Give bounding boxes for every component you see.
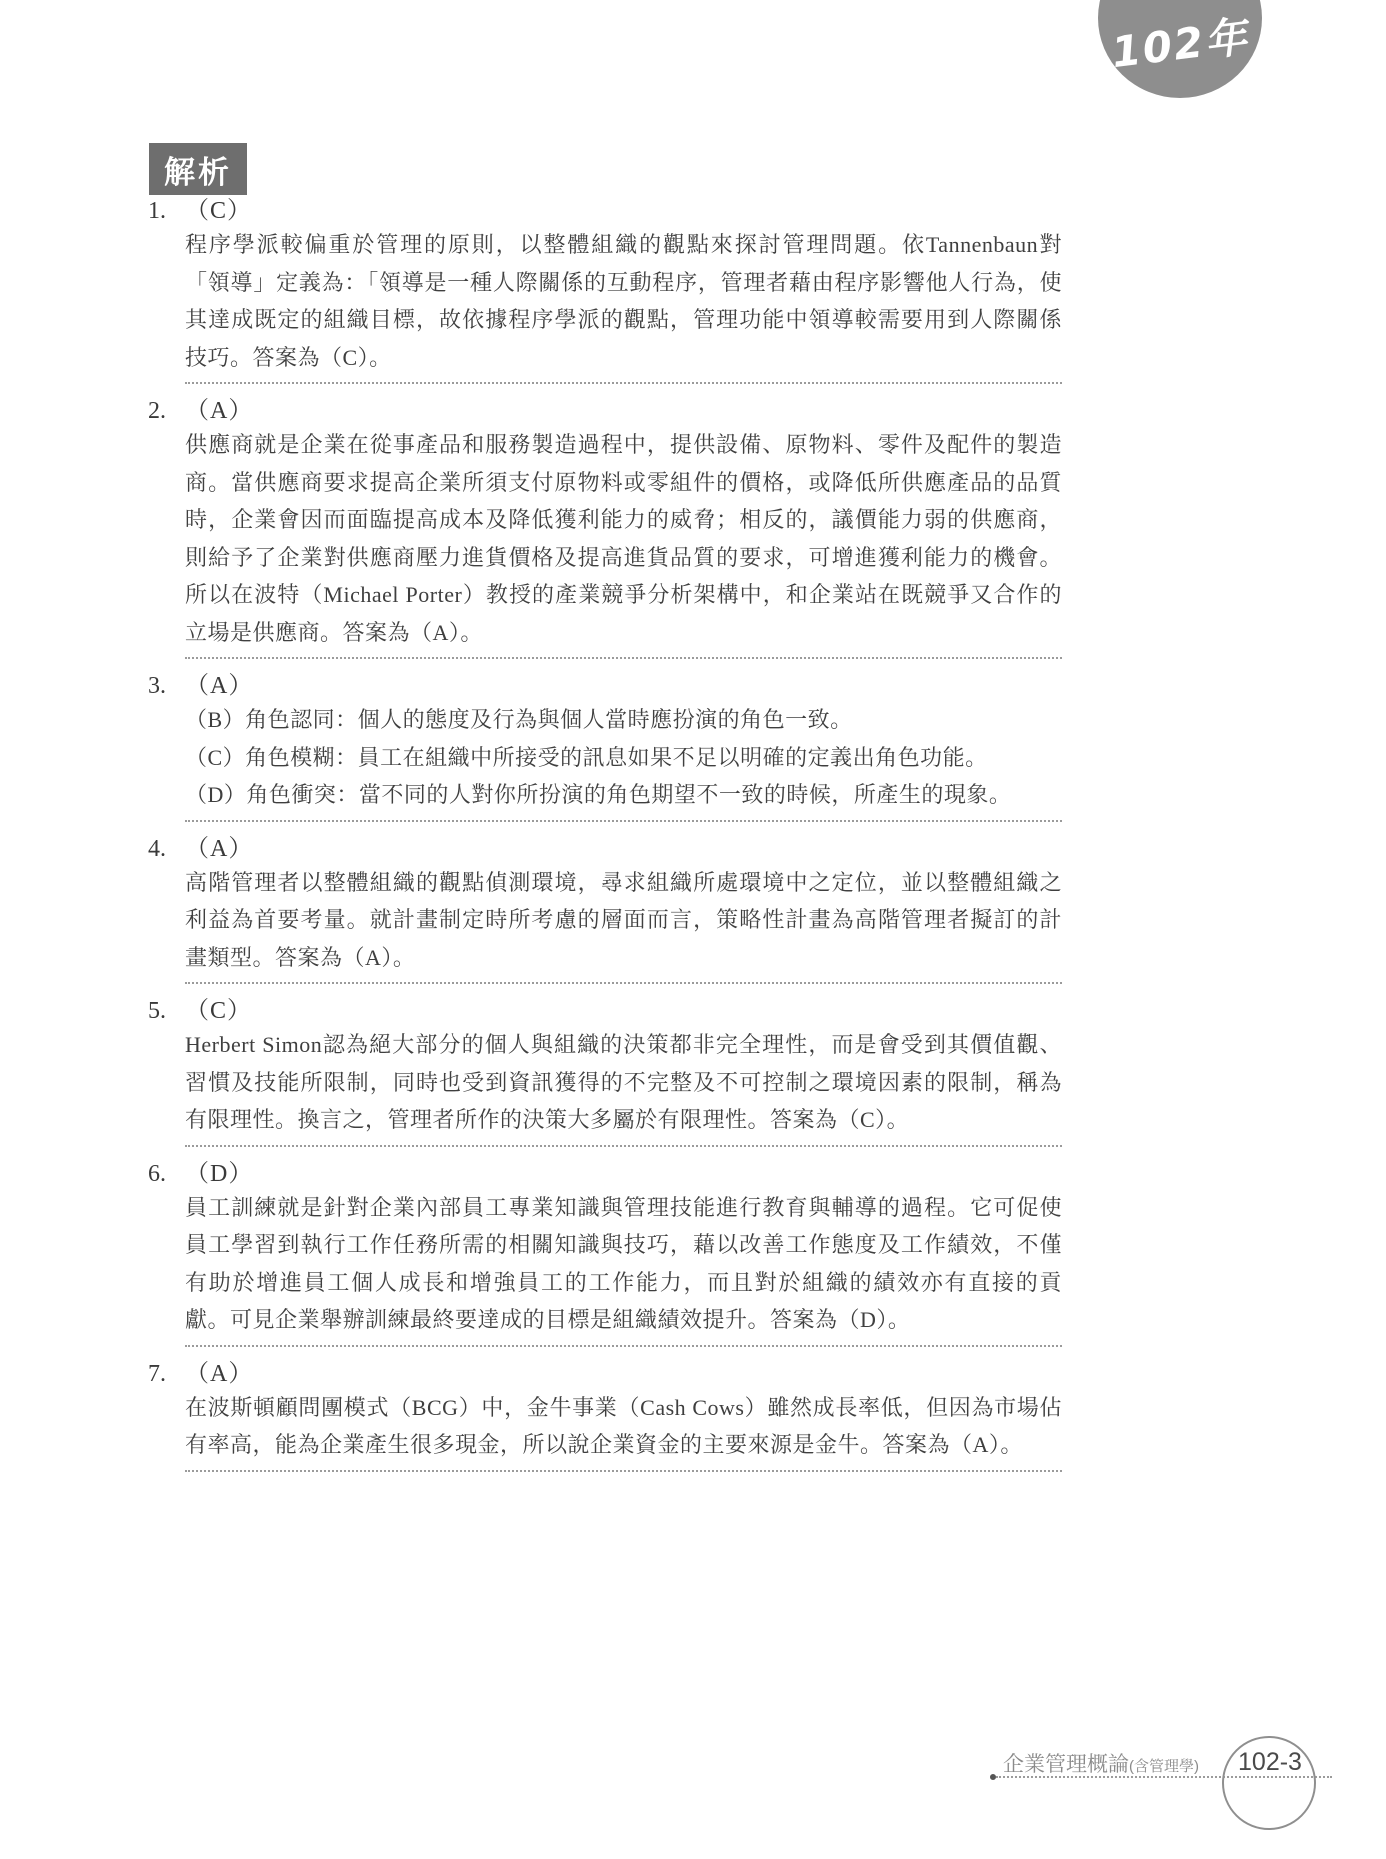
item-separator <box>185 1345 1062 1347</box>
analysis-header-label: 解析 <box>164 147 232 192</box>
item-separator <box>185 1145 1062 1147</box>
answer-label: （C） <box>185 196 1062 226</box>
footer-book-title-main: 企業管理概論 <box>1003 1753 1129 1776</box>
solution-item-1: 1. （C） 程序學派較偏重於管理的原則，以整體組織的觀點來探討管理問題。依Ta… <box>148 196 1062 396</box>
footer-book-title: 企業管理概論(含管理學) <box>1003 1748 1199 1778</box>
year-badge: 102年 <box>1098 0 1262 98</box>
item-number: 5. <box>148 996 185 1159</box>
item-content: （C） 程序學派較偏重於管理的原則，以整體組織的觀點來探討管理問題。依Tanne… <box>185 196 1062 396</box>
answer-label: （A） <box>185 834 1062 864</box>
footer-book-title-sub: (含管理學) <box>1129 1758 1199 1775</box>
solution-item-6: 6. （D） 員工訓練就是針對企業內部員工專業知識與管理技能進行教育與輔導的過程… <box>148 1159 1062 1359</box>
solution-item-3: 3. （A） （B）角色認同：個人的態度及行為與個人當時應扮演的角色一致。 （C… <box>148 671 1062 834</box>
item-number: 3. <box>148 671 185 834</box>
solutions-list: 1. （C） 程序學派較偏重於管理的原則，以整體組織的觀點來探討管理問題。依Ta… <box>148 196 1062 1484</box>
analysis-header: 解析 <box>149 143 247 195</box>
item-separator <box>185 820 1062 822</box>
item-number: 4. <box>148 834 185 997</box>
explanation-paragraph: 員工訓練就是針對企業內部員工專業知識與管理技能進行教育與輔導的過程。它可促使員工… <box>185 1189 1062 1339</box>
solution-item-7: 7. （A） 在波斯頓顧問團模式（BCG）中，金牛事業（Cash Cows）雖然… <box>148 1359 1062 1484</box>
answer-label: （C） <box>185 996 1062 1026</box>
item-content: （C） Herbert Simon認為絕大部分的個人與組織的決策都非完全理性，而… <box>185 996 1062 1159</box>
item-content: （A） 供應商就是企業在從事產品和服務製造過程中，提供設備、原物料、零件及配件的… <box>185 396 1062 671</box>
answer-label: （A） <box>185 396 1062 426</box>
item-separator <box>185 657 1062 659</box>
document-page: { "badge": { "year_label": "102年" }, "he… <box>0 0 1386 1859</box>
option-line-d: （D）角色衝突：當不同的人對你所扮演的角色期望不一致的時候，所產生的現象。 <box>185 776 1062 814</box>
solution-item-2: 2. （A） 供應商就是企業在從事產品和服務製造過程中，提供設備、原物料、零件及… <box>148 396 1062 671</box>
solution-item-4: 4. （A） 高階管理者以整體組織的觀點偵測環境，尋求組織所處環境中之定位，並以… <box>148 834 1062 997</box>
item-separator <box>185 1470 1062 1472</box>
answer-label: （D） <box>185 1159 1062 1189</box>
explanation-paragraph: Herbert Simon認為絕大部分的個人與組織的決策都非完全理性，而是會受到… <box>185 1026 1062 1139</box>
item-content: （D） 員工訓練就是針對企業內部員工專業知識與管理技能進行教育與輔導的過程。它可… <box>185 1159 1062 1359</box>
item-number: 6. <box>148 1159 185 1359</box>
item-number: 1. <box>148 196 185 396</box>
explanation-paragraph: 在波斯頓顧問團模式（BCG）中，金牛事業（Cash Cows）雖然成長率低，但因… <box>185 1389 1062 1464</box>
item-number: 7. <box>148 1359 185 1484</box>
explanation-paragraph: 供應商就是企業在從事產品和服務製造過程中，提供設備、原物料、零件及配件的製造商。… <box>185 426 1062 651</box>
answer-label: （A） <box>185 1359 1062 1389</box>
year-badge-label: 102年 <box>1108 4 1252 80</box>
option-line-b: （B）角色認同：個人的態度及行為與個人當時應扮演的角色一致。 <box>185 701 1062 739</box>
solution-item-5: 5. （C） Herbert Simon認為絕大部分的個人與組織的決策都非完全理… <box>148 996 1062 1159</box>
item-separator <box>185 982 1062 984</box>
option-line-c: （C）角色模糊：員工在組織中所接受的訊息如果不足以明確的定義出角色功能。 <box>185 739 1062 777</box>
item-content: （A） （B）角色認同：個人的態度及行為與個人當時應扮演的角色一致。 （C）角色… <box>185 671 1062 834</box>
item-content: （A） 高階管理者以整體組織的觀點偵測環境，尋求組織所處環境中之定位，並以整體組… <box>185 834 1062 997</box>
item-number: 2. <box>148 396 185 671</box>
item-content: （A） 在波斯頓顧問團模式（BCG）中，金牛事業（Cash Cows）雖然成長率… <box>185 1359 1062 1484</box>
footer-page-number: 102-3 <box>1234 1748 1306 1777</box>
item-separator <box>185 382 1062 384</box>
explanation-paragraph: 程序學派較偏重於管理的原則，以整體組織的觀點來探討管理問題。依Tannenbau… <box>185 226 1062 376</box>
answer-label: （A） <box>185 671 1062 701</box>
explanation-paragraph: 高階管理者以整體組織的觀點偵測環境，尋求組織所處環境中之定位，並以整體組織之利益… <box>185 864 1062 977</box>
